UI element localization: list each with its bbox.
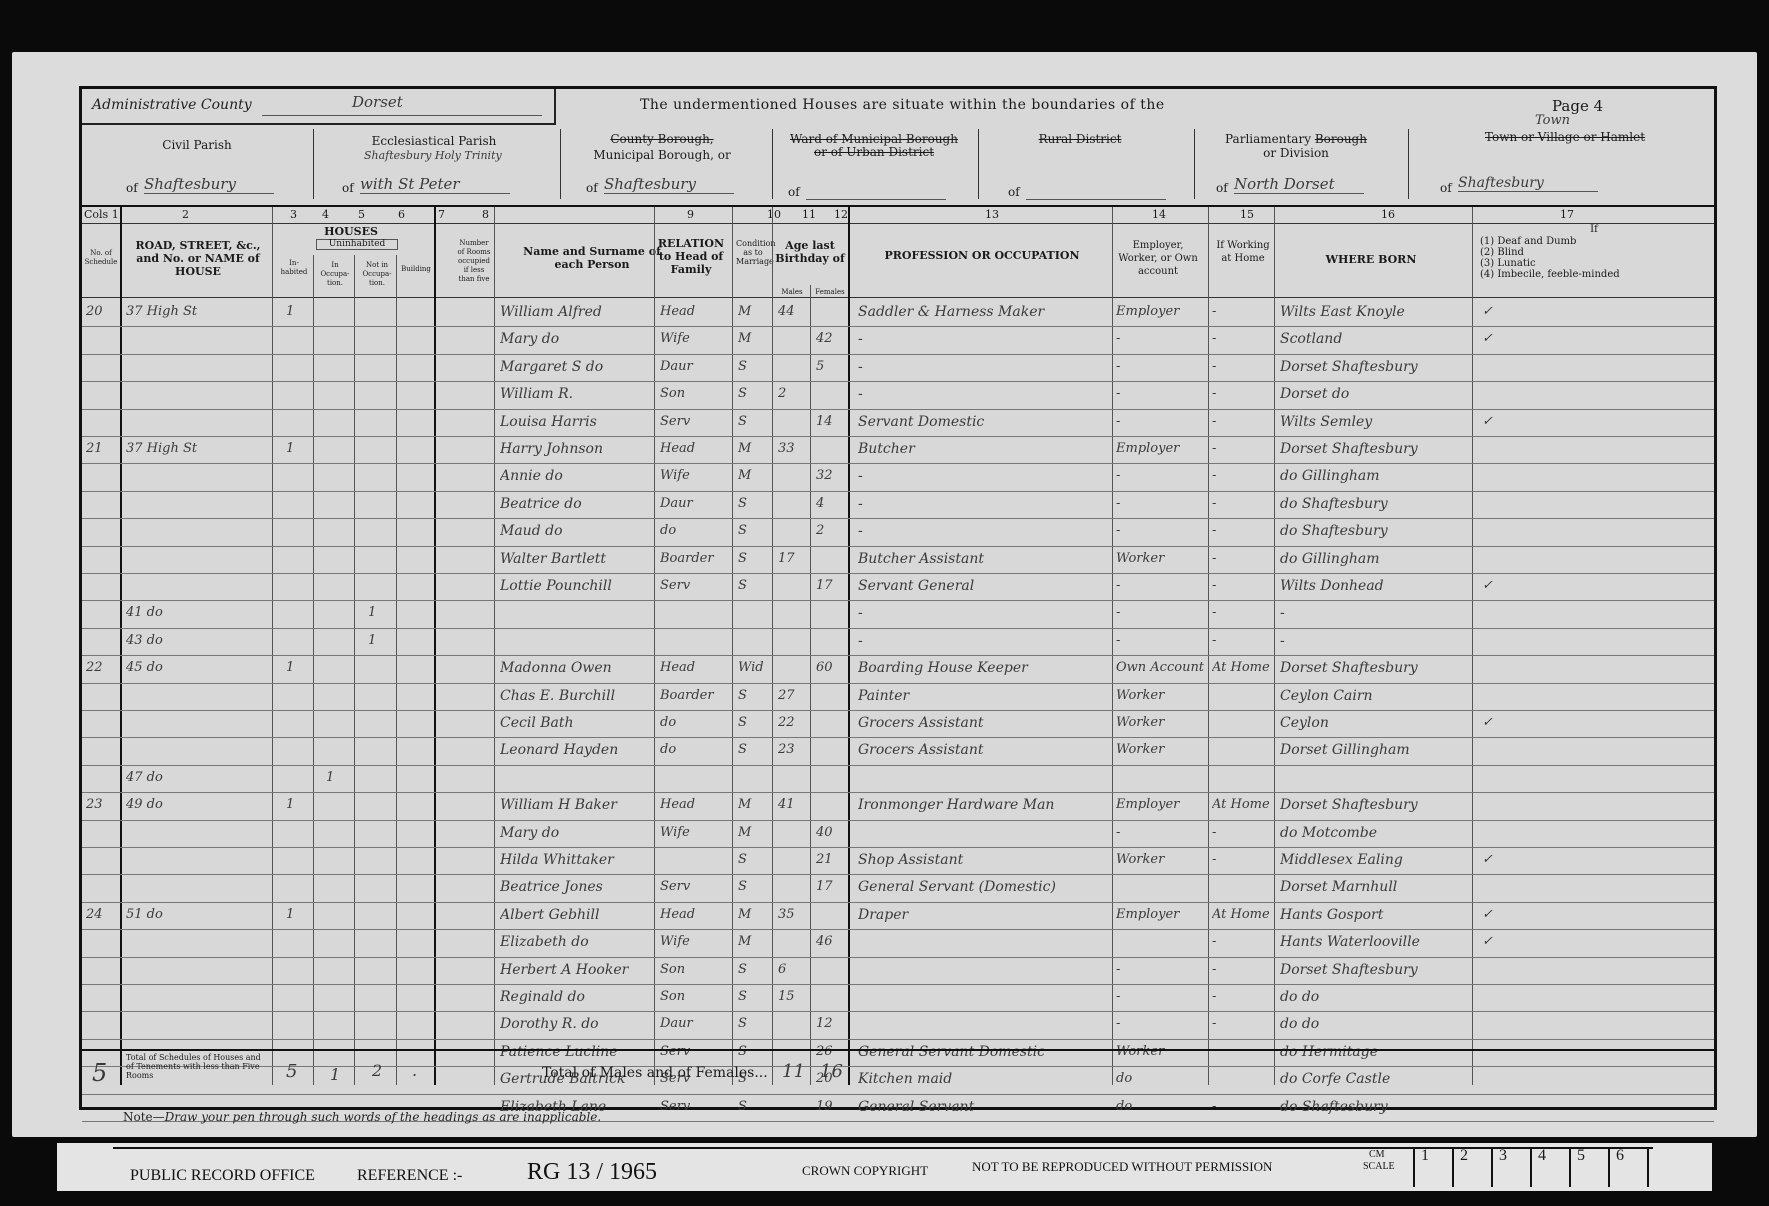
footer-copyright: CROWN COPYRIGHT [802,1163,928,1179]
working-at-home: - [1212,633,1272,648]
inhabited-count: 1 [286,907,306,922]
relation: Daur [660,359,730,374]
relation: Head [660,797,730,812]
civil-parish-value: Shaftesbury [144,175,274,194]
header-inhabited: In-habited [276,259,312,277]
condition: S [738,879,770,894]
condition: S [738,414,770,429]
where-born: Dorset Gillingham [1280,742,1470,758]
age-female: 19 [816,1099,846,1114]
person-name: William H Baker [500,797,652,813]
working-at-home: - [1212,989,1272,1004]
where-born: Wilts Semley [1280,414,1470,430]
inhabited-count: 1 [286,441,306,456]
person-name: Mary do [500,331,652,347]
condition: S [738,359,770,374]
relation: do [660,742,730,757]
table-row: Lottie PounchillServS17Servant General--… [82,573,1714,601]
table-row: Chas E. BurchillBoarderS27PainterWorkerC… [82,683,1714,711]
scale-cm-6: 6 [1608,1147,1646,1187]
age-male: 15 [778,989,808,1004]
scale-label: SCALE [1363,1161,1395,1172]
col-num: 3 [290,208,297,221]
col-num: 7 [438,208,445,221]
where-born: Dorset Marnhull [1280,879,1470,895]
infirmity-mark: ✓ [1482,852,1522,867]
employer-status: - [1116,962,1206,977]
working-at-home: - [1212,414,1272,429]
condition: S [738,1016,770,1031]
table-row: 2349 do1William H BakerHeadM41Ironmonger… [82,792,1714,820]
header-uninhabited: Uninhabited [316,239,398,250]
person-name: Harry Johnson [500,441,652,457]
condition: M [738,468,770,483]
person-name: Beatrice do [500,496,652,512]
table-row: Beatrice doDaurS4---do Shaftesbury [82,491,1714,519]
rural-district-cell: Rural District of [980,127,1180,205]
table-row: 2245 do1Madonna OwenHeadWid60Boarding Ho… [82,655,1714,683]
condition: M [738,304,770,319]
working-at-home: - [1212,496,1272,511]
table-row: Patience LuclineServS26General Servant D… [82,1039,1714,1067]
note-text: Draw your pen through such words of the … [165,1110,602,1124]
where-born: Dorset Shaftesbury [1280,797,1470,813]
age-female: 46 [816,934,846,949]
header-name: Name and Surname of each Person [522,245,662,271]
table-row: 2137 High St1Harry JohnsonHeadM33Butcher… [82,436,1714,464]
infirmity-mark: ✓ [1482,331,1522,346]
occupation: Butcher Assistant [858,551,1108,567]
occupation: General Servant [858,1099,1108,1115]
employer-status: Worker [1116,1044,1206,1059]
employer-status: Employer [1116,907,1206,922]
occupation: Draper [858,907,1108,923]
relation: Boarder [660,551,730,566]
town-cell: Town Town or Village or Hamlet of Shafte… [1410,127,1710,205]
employer-status: - [1116,578,1206,593]
working-at-home: - [1212,962,1272,977]
age-female: 40 [816,825,846,840]
infirmity-if: If [1474,223,1714,236]
condition: S [738,578,770,593]
parl-label: Parliamentary [1225,132,1311,146]
person-name: Margaret S do [500,359,652,375]
employer-status: Worker [1116,852,1206,867]
condition: S [738,688,770,703]
where-born: Scotland [1280,331,1470,347]
where-born: do Shaftesbury [1280,1099,1470,1115]
occupation: - [858,331,1108,347]
employer-status: Worker [1116,688,1206,703]
employer-status: Employer [1116,304,1206,319]
person-name: Leonard Hayden [500,742,652,758]
age-male: 17 [778,551,808,566]
working-at-home: - [1212,359,1272,374]
total-schedules: 5 [92,1059,107,1087]
employer-status: Worker [1116,742,1206,757]
scale-cm-1: 1 [1413,1147,1451,1187]
condition: S [738,523,770,538]
employer-status: - [1116,1016,1206,1031]
table-row: 43 do1---- [82,628,1714,656]
admin-county-underline [262,115,542,116]
occupation: Ironmonger Hardware Man [858,797,1108,813]
total-males: 11 [782,1061,805,1082]
not-in-occupation-count: 1 [368,605,388,620]
where-born: Dorset Shaftesbury [1280,359,1470,375]
col-num: 11 [802,208,816,221]
municipal-borough-label: County Borough, [562,133,762,146]
occupation: Shop Assistant [858,852,1108,868]
total-building: . [412,1061,417,1080]
infirmity-mark: ✓ [1482,578,1522,593]
table-row: Maud dodoS2---do Shaftesbury [82,518,1714,546]
where-born: do Gillingham [1280,551,1470,567]
condition: S [738,742,770,757]
age-male: 33 [778,441,808,456]
struck-text: County Borough, [610,132,713,146]
working-at-home: - [1212,934,1272,949]
town-value: Shaftesbury [1458,175,1598,192]
relation: Daur [660,496,730,511]
working-at-home: At Home [1212,797,1272,812]
age-female: 4 [816,496,846,511]
eccl-parish-note: Shaftesbury Holy Trinity [364,149,502,162]
relation: Serv [660,578,730,593]
header-houses: HOUSES [276,225,426,238]
age-female: 32 [816,468,846,483]
header-age: Age last Birthday of [774,239,846,265]
employer-status: Worker [1116,551,1206,566]
where-born: Dorset Shaftesbury [1280,660,1470,676]
condition: S [738,496,770,511]
where-born: do Shaftesbury [1280,496,1470,512]
footer-office: PUBLIC RECORD OFFICE [130,1167,315,1185]
age-male: 44 [778,304,808,319]
divider [560,129,561,199]
person-name: Annie do [500,468,652,484]
divider [82,223,1714,224]
condition: S [738,852,770,867]
age-male: 41 [778,797,808,812]
header-females: Females [812,288,848,297]
condition: M [738,331,770,346]
where-born: do Corfe Castle [1280,1071,1470,1087]
civil-parish-of: of [126,181,138,195]
person-name: Mary do [500,825,652,841]
table-row: 41 do1---- [82,600,1714,628]
working-at-home: At Home [1212,907,1272,922]
condition: M [738,825,770,840]
age-female: 42 [816,331,846,346]
working-at-home: - [1212,605,1272,620]
infirmity-item: (3) Lunatic [1474,258,1714,269]
divider [1408,129,1409,199]
employer-status: - [1116,359,1206,374]
relation: do [660,715,730,730]
header-in-occupation: In Occupa-tion. [316,261,354,288]
where-born: - [1280,633,1470,649]
scale-cm-4: 4 [1530,1147,1568,1187]
person-name: Madonna Owen [500,660,652,676]
table-row: Mary doWifeM40--do Motcombe [82,820,1714,848]
infirmity-item: (4) Imbecile, feeble-minded [1474,269,1714,280]
infirmity-mark: ✓ [1482,304,1522,319]
col-num: 17 [1560,208,1574,221]
condition: M [738,934,770,949]
schedule-number: 24 [86,907,120,922]
infirmity-mark: ✓ [1482,907,1522,922]
ecclesiastical-parish-cell: Ecclesiastical Parish Shaftesbury Holy T… [314,127,554,205]
ward-of: of [788,185,800,199]
infirmity-mark: ✓ [1482,715,1522,730]
archive-footer: PUBLIC RECORD OFFICE REFERENCE :- RG 13 … [57,1143,1712,1191]
age-male: 22 [778,715,808,730]
working-at-home: - [1212,304,1272,319]
municipal-borough-label2: Municipal Borough, or [562,149,762,162]
eccl-parish-label: Ecclesiastical Parish [314,135,554,148]
table-row: Louisa HarrisServS14Servant Domestic--Wi… [82,409,1714,437]
footer-permission: NOT TO BE REPRODUCED WITHOUT PERMISSION [972,1159,1272,1175]
condition: S [738,989,770,1004]
schedule-number: 20 [86,304,120,319]
table-row: 47 do1 [82,765,1714,793]
person-name: Louisa Harris [500,414,652,430]
where-born: Middlesex Ealing [1280,852,1470,868]
person-name: William R. [500,386,652,402]
scale-cm-3: 3 [1491,1147,1529,1187]
employer-status: - [1116,825,1206,840]
relation: Daur [660,1016,730,1031]
person-name: Beatrice Jones [500,879,652,895]
employer-status: - [1116,989,1206,1004]
working-at-home: - [1212,551,1272,566]
infirmity-item: (1) Deaf and Dumb [1474,236,1714,247]
occupation: Grocers Assistant [858,715,1108,731]
working-at-home: - [1212,1016,1272,1031]
employer-status: - [1116,633,1206,648]
col-num: 14 [1152,208,1166,221]
col-num: 8 [482,208,489,221]
relation: Head [660,304,730,319]
employer-status: Worker [1116,715,1206,730]
table-row: Elizabeth doWifeM46-Hants Waterlooville✓ [82,929,1714,957]
age-female: 5 [816,359,846,374]
address: 49 do [126,797,266,812]
employer-status: - [1116,386,1206,401]
where-born: - [1280,605,1470,621]
where-born: Dorset do [1280,386,1470,402]
employer-status: do [1116,1099,1206,1114]
where-born: do Gillingham [1280,468,1470,484]
occupation: - [858,468,1108,484]
person-name: Herbert A Hooker [500,962,652,978]
table-row: 2037 High St1William AlfredHeadM44Saddle… [82,299,1714,327]
header-building: Building [398,265,434,274]
relation: Wife [660,934,730,949]
table-row: Reginald doSonS15--do do [82,984,1714,1012]
infirmity-mark: ✓ [1482,934,1522,949]
table-row: Leonard HaydendoS23Grocers AssistantWork… [82,737,1714,765]
table-row: Herbert A HookerSonS6--Dorset Shaftesbur… [82,957,1714,985]
admin-county-label: Administrative County [92,97,252,113]
scale-cm-5: 5 [1569,1147,1607,1187]
col-num: 9 [687,208,694,221]
working-at-home: - [1212,386,1272,401]
employer-status: - [1116,468,1206,483]
where-born: Ceylon [1280,715,1470,731]
col-num: 15 [1240,208,1254,221]
ward-underline [806,199,946,200]
relation: Serv [660,1099,730,1114]
condition: S [738,386,770,401]
occupation: - [858,605,1108,621]
table-row: Walter BartlettBoarderS17Butcher Assista… [82,546,1714,574]
municipal-borough-cell: County Borough, Municipal Borough, or of… [562,127,762,205]
totals-label: Total of Schedules of Houses and of Tene… [126,1053,266,1080]
schedule-number: 22 [86,660,120,675]
occupation: - [858,496,1108,512]
not-in-occupation-count: 1 [368,633,388,648]
address: 45 do [126,660,266,675]
person-name: Albert Gebhill [500,907,652,923]
table-row: Dorothy R. doDaurS12--do do [82,1011,1714,1039]
header-not-in-occupation: Not in Occupa-tion. [358,261,396,288]
condition: S [738,715,770,730]
working-at-home: - [1212,852,1272,867]
header-rooms: Number of Rooms occupied if less than fi… [456,239,492,284]
working-at-home: - [1212,441,1272,456]
where-born: Wilts East Knoyle [1280,304,1470,320]
col-num: 16 [1381,208,1395,221]
relation: Serv [660,879,730,894]
col-num: 13 [985,208,999,221]
eccl-parish-of: of [342,181,354,195]
where-born: do do [1280,1016,1470,1032]
total-females: 16 [820,1061,843,1082]
header-where-born: WHERE BORN [1276,253,1466,266]
age-female: 2 [816,523,846,538]
age-male: 35 [778,907,808,922]
inhabited-count: 1 [286,660,306,675]
age-female: 12 [816,1016,846,1031]
where-born: Hants Waterlooville [1280,934,1470,950]
total-inhabited: 5 [286,1061,297,1082]
header-bottom-rule [82,297,1714,298]
condition: S [738,962,770,977]
where-born: do do [1280,989,1470,1005]
address: 47 do [126,770,266,785]
age-female: 17 [816,578,846,593]
occupation: - [858,359,1108,375]
occupation: Kitchen maid [858,1071,1108,1087]
occupation: General Servant (Domestic) [858,879,1108,895]
parliamentary-value: North Dorset [1234,175,1364,194]
occupation: - [858,386,1108,402]
rural-of: of [1008,185,1020,199]
in-occupation-count: 1 [326,770,346,785]
person-name: William Alfred [500,304,652,320]
table-row: 2451 do1Albert GebhillHeadM35DraperEmplo… [82,902,1714,930]
col-num: 2 [182,208,189,221]
ward-cell: Ward of Municipal Borough or of Urban Di… [774,127,974,205]
relation: Wife [660,331,730,346]
infirmity-mark: ✓ [1482,414,1522,429]
person-name: Cecil Bath [500,715,652,731]
where-born: Dorset Shaftesbury [1280,962,1470,978]
employer-status: - [1116,605,1206,620]
where-born: Dorset Shaftesbury [1280,441,1470,457]
scale-cm-end [1647,1147,1685,1187]
rural-underline [1026,199,1166,200]
col-num: 4 [322,208,329,221]
civil-parish-label: Civil Parish [82,139,312,152]
col-num: 12 [834,208,848,221]
footer-reference-label: REFERENCE :- [357,1167,462,1185]
employer-status: do [1116,1071,1206,1086]
age-male: 6 [778,962,808,977]
address: 37 High St [126,304,266,319]
column-numbers-row: Cols 1 2 3 4 5 6 7 8 9 10 11 12 13 14 15… [82,207,1714,223]
civil-parish-cell: Civil Parish of Shaftesbury [82,127,312,205]
occupation: General Servant Domestic [858,1044,1108,1060]
col-num: 6 [398,208,405,221]
condition: M [738,907,770,922]
occupation: Servant Domestic [858,414,1108,430]
person-name: Reginald do [500,989,652,1005]
address: 43 do [126,633,266,648]
header-employer: Employer, Worker, or Own account [1112,239,1204,278]
relation: Wife [660,825,730,840]
occupation: Servant General [858,578,1108,594]
scale-cm-2: 2 [1452,1147,1490,1187]
age-male: 23 [778,742,808,757]
where-born: do Shaftesbury [1280,523,1470,539]
schedule-number: 21 [86,441,120,456]
footer-reference: RG 13 / 1965 [527,1159,657,1186]
occupation: Boarding House Keeper [858,660,1108,676]
admin-county-box: Administrative County Dorset [82,89,556,125]
relation: Serv [660,1044,730,1059]
where-born: Ceylon Cairn [1280,688,1470,704]
divider [1194,129,1195,199]
relation: Son [660,386,730,401]
where-born: Wilts Donhead [1280,578,1470,594]
person-name: Maud do [500,523,652,539]
occupation: Grocers Assistant [858,742,1108,758]
parl-of: of [1216,181,1228,195]
occupation: Saddler & Harness Maker [858,304,1108,320]
census-form: Administrative County Dorset The underme… [79,86,1717,1110]
parliamentary-cell: Parliamentary Borough or Division of Nor… [1196,127,1396,205]
note-prefix: Note— [123,1110,165,1124]
employer-status: - [1116,523,1206,538]
working-at-home: - [1212,523,1272,538]
table-row: Margaret S doDaurS5---Dorset Shaftesbury [82,354,1714,382]
col-num: Cols 1 [84,208,119,221]
parl-label2: or Division [1196,147,1396,160]
census-rows: 2037 High St1William AlfredHeadM44Saddle… [82,299,1714,1074]
person-name: Dorothy R. do [500,1016,652,1032]
municipal-of: of [586,181,598,195]
inhabited-count: 1 [286,797,306,812]
age-male: 27 [778,688,808,703]
col-num: 5 [358,208,365,221]
relation: Son [660,989,730,1004]
age-male: 2 [778,386,808,401]
total-not-in-occupation: 2 [372,1061,382,1080]
condition: S [738,1044,770,1059]
